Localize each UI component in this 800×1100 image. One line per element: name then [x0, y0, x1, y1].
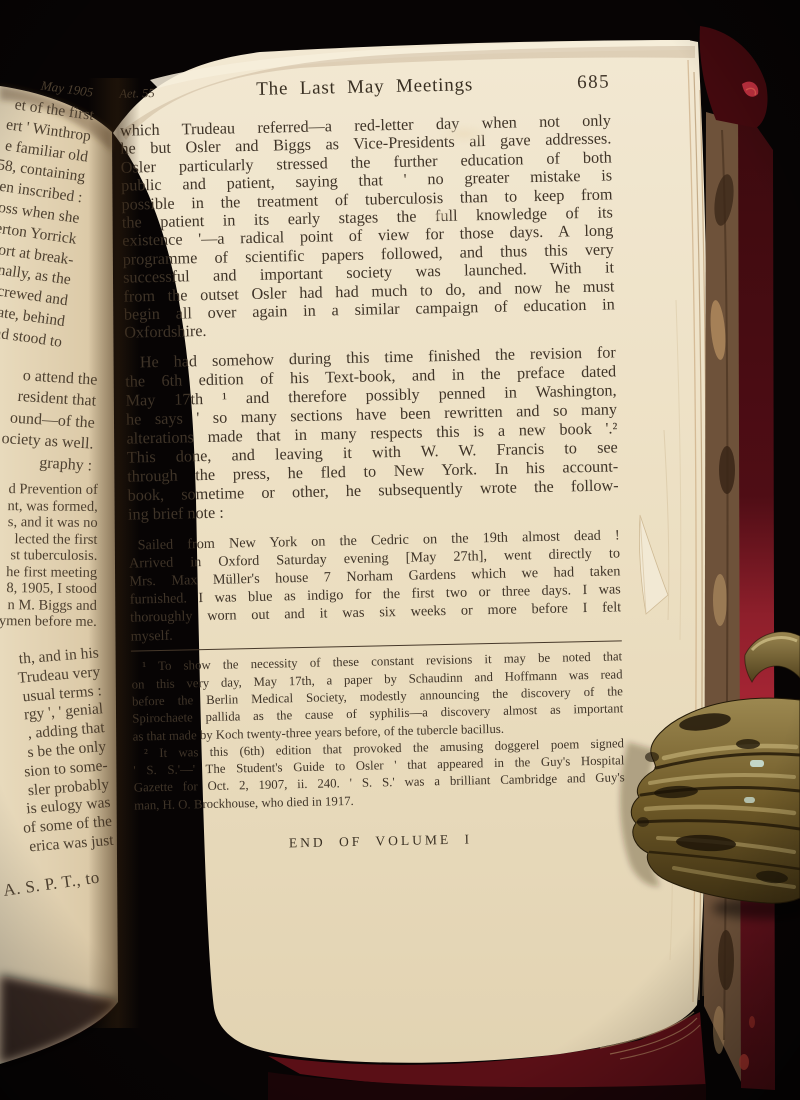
- text-line: st tuberculosis.: [0, 547, 101, 565]
- right-page: Aet. 55 The Last May Meetings 685 which …: [106, 71, 637, 855]
- left-page-lines: o attend theresident thatound—of theocie…: [0, 361, 102, 477]
- paper-smudge-small: [428, 210, 454, 222]
- paper-smudge: [438, 124, 490, 144]
- account-book-quote: Sailed from New York on the Cedric on th…: [129, 526, 622, 645]
- text-line: ymen before me.: [0, 613, 101, 631]
- text-line: he first meeting: [0, 563, 101, 581]
- text-line: lected the first: [0, 530, 102, 548]
- left-page-lines: et of the firstert ' Winthrope familiar …: [0, 87, 99, 354]
- gutter-shadow: [88, 78, 140, 1028]
- left-page-fragment-block: May 1905 et of the firstert ' Winthrope …: [0, 66, 102, 354]
- left-page-fragment-block: o attend theresident thatound—of theocie…: [0, 361, 102, 477]
- page-number: 685: [546, 71, 610, 94]
- text-line: 8, 1905, I stood: [0, 580, 101, 598]
- left-page-fragment-block: d Prevention ofnt, was formed,s, and it …: [0, 481, 102, 631]
- footnote-1: ¹ To show the necessity of these constan…: [131, 649, 624, 746]
- text-line: n M. Biggs and: [0, 596, 101, 614]
- text-line: d Prevention of: [0, 481, 102, 499]
- left-page-lines: d Prevention ofnt, was formed,s, and it …: [0, 481, 102, 631]
- open-book-photo: May 1905 et of the firstert ' Winthrope …: [0, 0, 800, 1100]
- body-paragraph-2: He had somehow during this time finished…: [125, 343, 619, 524]
- text-line: nt, was formed,: [0, 497, 102, 515]
- footnote-2: ² It was this (6th) edition that provoke…: [133, 735, 625, 814]
- text-line: s, and it was no: [0, 514, 102, 532]
- body-paragraph-1: which Trudeau referred—a red-letter day …: [120, 111, 616, 342]
